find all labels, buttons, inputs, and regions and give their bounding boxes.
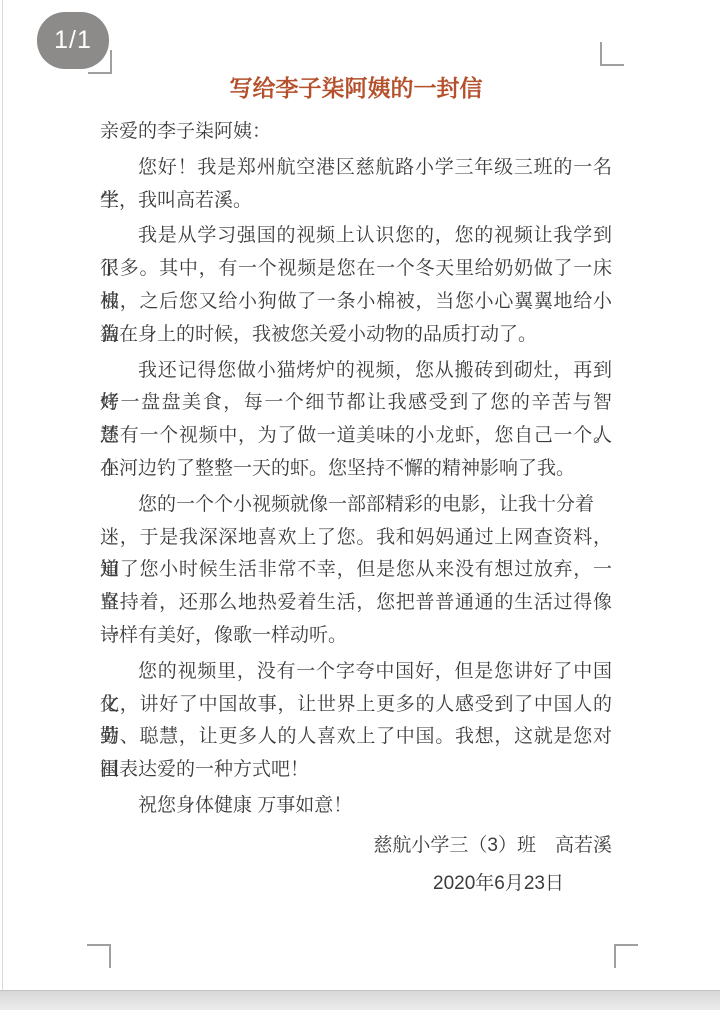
letter-line: 还有一个视频中，为了做一道美味的小龙虾，您自己一个人在 xyxy=(100,420,612,453)
letter-line: 小河边钓了整整一天的虾。您坚持不懈的精神影响了我。 xyxy=(100,453,612,486)
letter-line: 盖在身上的时候，我被您关爱小动物的品质打动了。 xyxy=(100,319,612,352)
document-viewer: 1/1 写给李子柒阿姨的一封信 亲爱的李子柒阿姨： 您好！我是郑州航空港区慈航路… xyxy=(0,0,720,1010)
crop-corner-top-right-icon xyxy=(600,42,624,66)
letter-title: 写给李子柒阿姨的一封信 xyxy=(100,72,612,104)
letter-line: 我还记得您做小猫烤炉的视频，您从搬砖到砌灶，再到烤 xyxy=(100,355,612,388)
page-number-label: 1/1 xyxy=(54,26,92,55)
letter-line: 我是从学习强国的视频上认识您的，您的视频让我学到了 xyxy=(100,220,612,253)
left-edge-divider xyxy=(2,0,3,991)
letter-line: 生，我叫高若溪。 xyxy=(100,185,612,218)
letter-line: 坚持着，还那么地热爱着生活，您把普普通通的生活过得像诗 xyxy=(100,587,612,620)
letter-line: 亲爱的李子柒阿姨： xyxy=(100,116,612,149)
crop-corner-bottom-right-icon xyxy=(614,944,638,968)
letter-line: 好一盘盘美食，每一个细节都让我感受到了您的辛苦与智慧。 xyxy=(100,387,612,420)
letter-line: 化，讲好了中国故事，让世界上更多的人感受到了中国人的勤 xyxy=(100,689,612,722)
letter-line: 劳、聪慧，让更多人的人喜欢上了中国。我想，这就是您对祖 xyxy=(100,721,612,754)
letter-line: 您的一个个小视频就像一部部精彩的电影，让我十分着 xyxy=(100,489,612,522)
letter-signature: 慈航小学三（3）班 高若溪 xyxy=(100,829,612,862)
document-page[interactable]: 写给李子柒阿姨的一封信 亲爱的李子柒阿姨： 您好！我是郑州航空港区慈航路小学三年… xyxy=(100,72,612,900)
crop-corner-bottom-left-icon xyxy=(87,944,111,968)
crop-corner-top-left-icon xyxy=(88,50,112,74)
letter-line: 被，之后您又给小狗做了一条小棉被，当您小心翼翼地给小狗 xyxy=(100,286,612,319)
letter-line: 迷，于是我深深地喜欢上了您。我和妈妈通过上网查资料，知 xyxy=(100,522,612,555)
letter-line: 很多。其中，有一个视频是您在一个冬天里给奶奶做了一床棉 xyxy=(100,253,612,286)
letter-date: 2020年6月23日 xyxy=(100,867,612,900)
bottom-toolbar-edge xyxy=(0,990,720,1010)
letter-line: 道了您小时候生活非常不幸，但是您从来没有想过放弃，一直 xyxy=(100,554,612,587)
letter-line: 国表达爱的一种方式吧！ xyxy=(100,754,612,787)
letter-line: 一样有美好，像歌一样动听。 xyxy=(100,620,612,653)
letter-line: 您好！我是郑州航空港区慈航路小学三年级三班的一名学 xyxy=(100,152,612,185)
letter-closing-line: 祝您身体健康 万事如意！ xyxy=(100,790,612,823)
letter-line: 您的视频里，没有一个字夸中国好，但是您讲好了中国文 xyxy=(100,656,612,689)
